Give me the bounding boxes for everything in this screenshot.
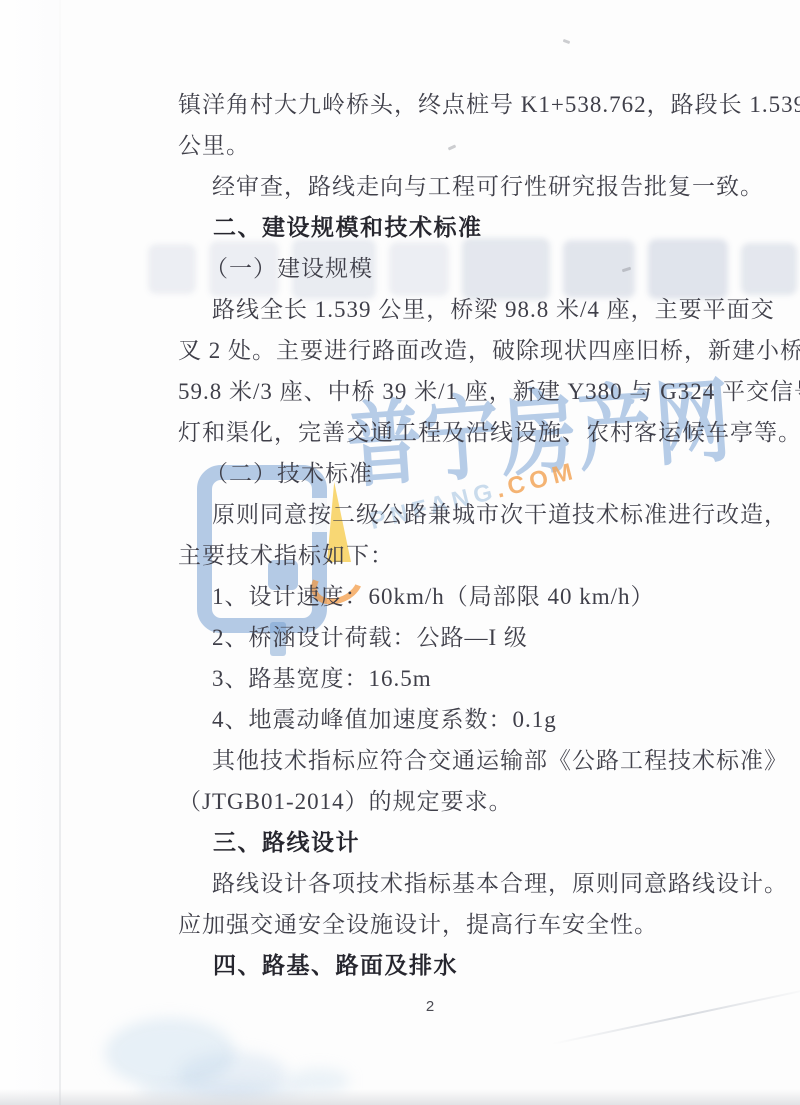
paper-bottom-edge bbox=[0, 1089, 800, 1105]
document-line-text: （JTGB01-2014）的规定要求。 bbox=[178, 789, 513, 814]
document-line: 镇洋角村大九岭桥头，终点桩号 K1+538.762，路段长 1.539 bbox=[0, 84, 800, 125]
document-line: 1、设计速度：60km/h（局部限 40 km/h） bbox=[0, 576, 800, 617]
document-body: 镇洋角村大九岭桥头，终点桩号 K1+538.762，路段长 1.539公里。经审… bbox=[0, 84, 800, 986]
document-line: 应加强交通安全设施设计，提高行车安全性。 bbox=[0, 904, 800, 945]
document-line: 3、路基宽度：16.5m bbox=[0, 658, 800, 699]
document-line: 路线设计各项技术指标基本合理，原则同意路线设计。 bbox=[0, 863, 800, 904]
document-line: 叉 2 处。主要进行路面改造，破除现状四座旧桥，新建小桥 bbox=[0, 330, 800, 371]
document-line: （二）技术标准 bbox=[0, 453, 800, 494]
document-line: 二、建设规模和技术标准 bbox=[0, 207, 800, 248]
document-line-text: 1、设计速度：60km/h（局部限 40 km/h） bbox=[212, 584, 655, 609]
document-line: 其他技术指标应符合交通运输部《公路工程技术标准》 bbox=[0, 740, 800, 781]
scan-left-margin bbox=[0, 0, 59, 1105]
document-line: 灯和渠化，完善交通工程及沿线设施、农村客运候车亭等。 bbox=[0, 412, 800, 453]
document-line-text: 经审查，路线走向与工程可行性研究报告批复一致。 bbox=[212, 174, 764, 199]
document-line-text: 59.8 米/3 座、中桥 39 米/1 座，新建 Y380 与 G324 平交… bbox=[178, 379, 800, 404]
document-line: （一）建设规模 bbox=[0, 248, 800, 289]
document-line: 路线全长 1.539 公里，桥梁 98.8 米/4 座，主要平面交 bbox=[0, 289, 800, 330]
document-line: （JTGB01-2014）的规定要求。 bbox=[0, 781, 800, 822]
scan-speck bbox=[563, 39, 571, 44]
document-line-text: 四、路基、路面及排水 bbox=[213, 952, 458, 978]
document-line-text: 其他技术指标应符合交通运输部《公路工程技术标准》 bbox=[212, 748, 788, 773]
document-line: 三、路线设计 bbox=[0, 822, 800, 863]
document-line: 公里。 bbox=[0, 125, 800, 166]
document-line-text: 主要技术指标如下： bbox=[178, 543, 394, 568]
document-line: 4、地震动峰值加速度系数：0.1g bbox=[0, 699, 800, 740]
document-line: 四、路基、路面及排水 bbox=[0, 945, 800, 986]
document-line-text: （二）技术标准 bbox=[205, 461, 373, 486]
document-line-text: 镇洋角村大九岭桥头，终点桩号 K1+538.762，路段长 1.539 bbox=[178, 92, 800, 117]
document-line-text: 公里。 bbox=[178, 133, 250, 158]
document-line: 主要技术指标如下： bbox=[0, 535, 800, 576]
document-line-text: 原则同意按二级公路兼城市次干道技术标准进行改造， bbox=[212, 502, 788, 527]
document-line-text: 三、路线设计 bbox=[213, 829, 360, 855]
document-line-text: 4、地震动峰值加速度系数：0.1g bbox=[212, 707, 557, 732]
document-line-text: 路线全长 1.539 公里，桥梁 98.8 米/4 座，主要平面交 bbox=[212, 297, 775, 322]
document-line: 2、桥涵设计荷载：公路—I 级 bbox=[0, 617, 800, 658]
page-number: 2 bbox=[420, 998, 440, 1015]
document-line-text: 叉 2 处。主要进行路面改造，破除现状四座旧桥，新建小桥 bbox=[178, 338, 800, 363]
document-line-text: （一）建设规模 bbox=[205, 256, 373, 281]
document-line-text: 路线设计各项技术指标基本合理，原则同意路线设计。 bbox=[212, 871, 788, 896]
document-line-text: 3、路基宽度：16.5m bbox=[212, 666, 432, 691]
document-line-text: 应加强交通安全设施设计，提高行车安全性。 bbox=[178, 912, 658, 937]
document-line: 59.8 米/3 座、中桥 39 米/1 座，新建 Y380 与 G324 平交… bbox=[0, 371, 800, 412]
document-line: 经审查，路线走向与工程可行性研究报告批复一致。 bbox=[0, 166, 800, 207]
paper-crease-line bbox=[552, 987, 800, 1045]
document-line: 原则同意按二级公路兼城市次干道技术标准进行改造， bbox=[0, 494, 800, 535]
document-line-text: 灯和渠化，完善交通工程及沿线设施、农村客运候车亭等。 bbox=[178, 420, 800, 445]
document-line-text: 二、建设规模和技术标准 bbox=[213, 214, 483, 240]
scanned-document-page: 普宁房产网 PNFANG.COM 镇洋角村大九岭桥头，终点桩号 K1+538.7… bbox=[0, 0, 800, 1105]
paper-left-edge bbox=[59, 0, 61, 1105]
document-line-text: 2、桥涵设计荷载：公路—I 级 bbox=[212, 625, 528, 650]
